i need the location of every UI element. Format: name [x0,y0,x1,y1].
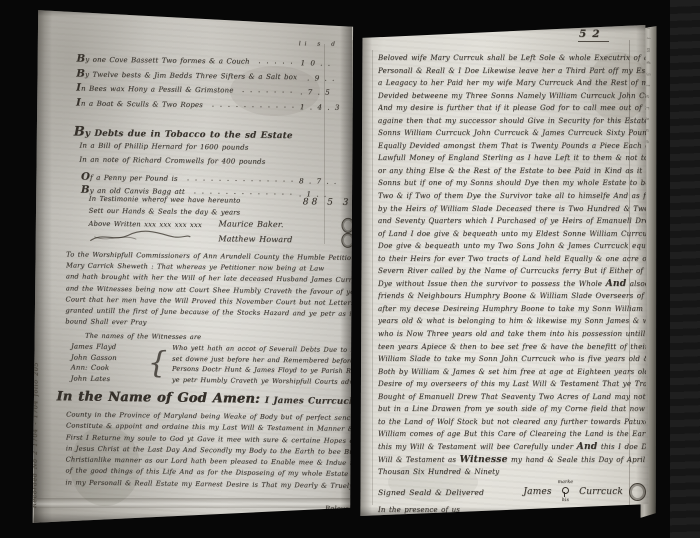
signature-name: Matthew Howard [218,234,292,244]
inventory-item-label: In a Boat & Sculls & Two Ropes [76,96,203,110]
petition-paragraph: To the Worshipfull Commissioners of Ann … [65,250,356,332]
manuscript-line: William comes of age But this Care of Cl… [378,428,646,441]
signed-sealed-line: Signed Seald & Delivered [378,488,484,497]
testator-surname: Currcuck [579,487,623,497]
testator-signature: James marke his Currcuck [523,481,646,503]
margin-annotation: Recorded No 2 1704 - 1704 folio 205 [31,332,40,508]
mark-label-top: marke [558,481,574,486]
manuscript-line: Severn River called by the Name of Currc… [378,265,646,278]
wax-seal-icon [629,483,646,501]
manuscript-line: Equally Devided amongst them That is Twe… [378,140,646,153]
inventory-section: By one Cove Bassett Two formes & a Couch… [76,51,353,112]
manuscript-line: Sonns William Currcuck John Currcuck & J… [378,127,646,140]
witness-block: James Flayd John Gasson Ann: Cook John L… [71,343,373,389]
manuscript-scan: y i m 4 5 t e r s a e li s d By one Cove… [0,0,700,538]
manuscript-line: of Land I doe give & bequeath unto my El… [378,228,646,241]
dotted-leader [191,192,295,195]
manuscript-line: Two & if Two of them Dye the Survivor ta… [378,190,646,203]
manuscript-line: And my desire is further that if it plea… [378,102,646,115]
manuscript-line: Devided betweene my Three Sonns Namely W… [378,90,646,103]
manuscript-line: William Slade to take my Sonn John Currc… [378,353,646,366]
right-page: 52 Beloved wife Mary Currcuk shall be Le… [358,22,656,520]
dotted-leader [209,105,296,108]
inventory-amount: . 9 . . [307,73,352,83]
manuscript-line: Beloved wife Mary Currcuk shall be Left … [378,52,646,65]
manuscript-line: this my Will & Testament will bee Carefu… [378,441,646,454]
page-number: 52 [578,28,609,42]
manuscript-line: Dye without Issue then the survivor to p… [378,278,646,291]
will-body-text: Beloved wife Mary Currcuk shall be Left … [378,52,646,479]
inventory-amount: 1 0 . . [300,59,352,69]
witness-names: James Flayd John Gasson Ann: Cook John L… [71,343,144,386]
manuscript-line: Personall & Reall & I Doe Likewise leave… [378,65,646,78]
wax-seal-icon [341,233,354,248]
manuscript-line: Doe give & bequeath unto my Two Sons Joh… [378,240,646,253]
debts-section-heading: By Debts due in Tobacco to the sd Estate [74,125,293,143]
manuscript-line: ye petr Humbly Craveth ye Worshipfull Co… [172,376,372,389]
dotted-leader [184,178,295,181]
will-heading-main: In the Name of God Amen: [56,389,260,406]
manuscript-line: or any thing Else & the Rest of the Esta… [378,165,646,178]
signature-name: Maurice Baker. [218,219,283,229]
catchword: Beloved [325,505,354,513]
manuscript-line: by the Heirs of William Slade Deceased t… [378,203,646,216]
manuscript-line: Both by William & James & set him free a… [378,366,646,379]
manuscript-line: friends & Neighbours Humphry Boone & Wil… [378,290,646,303]
inventory-item-label: By one Cove Bassett Two formes & a Couch [76,53,249,67]
signature-row: Maurice Baker. [218,216,354,233]
ruled-margin-line [372,50,373,505]
brace-icon: { [148,343,168,386]
inventory-item-label: In Bees wax Hony a Pessill & Grimstone [76,82,234,96]
manuscript-line: bound Shall ever Pray [65,318,355,333]
witness-list-intro: The names of the Witnesses are [85,332,201,341]
signature-row: Matthew Howard [218,231,354,248]
dotted-leader [239,91,296,94]
mark-label-bottom: his [562,499,569,504]
witness-name: John Lates [71,374,143,385]
photo-background-texture [670,0,700,538]
manuscript-line: after my decese Desireing Humphry Boone … [378,303,646,316]
wax-seal-icon [341,218,354,233]
manuscript-line: and Seventy Quarters which I Purchased o… [378,215,646,228]
debts-item-label: Of a Penny per Pound is [81,170,178,183]
execution-row: Signed Seald & Delivered James marke his… [378,481,646,503]
inventory-amount: . 7 . 5 [300,87,352,97]
manuscript-line: to their Heirs for ever Two tracts of La… [378,253,646,266]
manuscript-line: againe then that my successor should Giv… [378,115,646,128]
notary-mark-icon [562,487,569,494]
dotted-leader [256,62,297,64]
presence-line: In the presence of us [378,506,460,514]
will-opening-paragraph: County in the Province of Maryland being… [65,410,356,493]
debts-amount: 8 . 7 . . [299,176,351,186]
left-page: li s d By one Cove Bassett Two formes & … [30,6,358,526]
manuscript-line: years old & what is belonging to him & l… [378,315,646,328]
manuscript-line: who is Now Three years old and take them… [378,328,646,341]
manuscript-line: a Leagacy to her Paid her my wife Mary C… [378,77,646,90]
manuscript-line: Thousan Six Hundred & Ninety [378,466,646,479]
manuscript-line: Bought of Emanuell Drew That Seaventy Tw… [378,391,646,404]
manuscript-line: Will & Testament as Witnesse my hand & S… [378,454,646,467]
his-mark: marke his [558,481,574,503]
appraiser-signatures: Maurice Baker. Matthew Howard [218,216,354,248]
manuscript-line: Desire of my overseers of this my Last W… [378,378,646,391]
page-top-edge-shadow [358,22,656,32]
witness-note: Who yett hath an accot of Severall Debts… [172,344,373,389]
money-column-header: li s d [299,41,339,47]
manuscript-line: teen years Apiece & then to bee set free… [378,341,646,354]
manuscript-line: Sonns but if one of my Sonns should Dye … [378,177,646,190]
debts-plain-lines: In a Bill of Phillip Hernard for 1600 po… [79,142,299,172]
inventory-amount: 1 . 4 . 3 [300,102,352,112]
manuscript-line: Lawfull Money of England Sterling as I h… [378,152,646,165]
manuscript-line: to the Land of Wolf Stock but not cleare… [378,416,646,429]
inventory-total: 88 5 3 [303,197,352,208]
pen-flourish [88,229,192,246]
manuscript-line: in my Personall & Reall Estate my Earnes… [65,478,355,493]
will-opening-heading: In the Name of God Amen: I James Currcuc… [56,389,356,408]
testator-first-name: James [523,487,551,497]
manuscript-line: but in a Line Drawen from ye south side … [378,403,646,416]
